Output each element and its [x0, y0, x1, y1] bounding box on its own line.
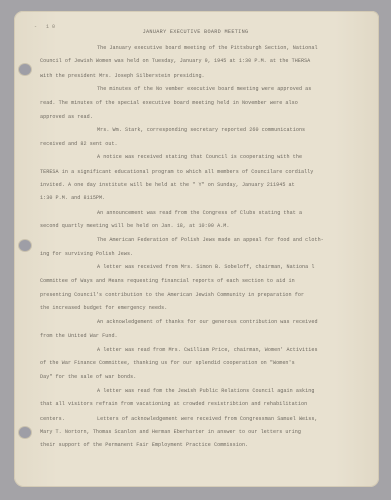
- text-line: centers.: [40, 416, 65, 422]
- text-line: Letters of acknowledgement were received…: [97, 416, 318, 422]
- text-line: approved as read.: [40, 114, 93, 120]
- text-line: The minutes of the No vember executive b…: [97, 86, 311, 92]
- text-line: An acknowledgement of thanks for our gen…: [97, 319, 318, 325]
- hole-punch-top: [19, 64, 31, 75]
- text-line: from the United War Fund.: [40, 333, 118, 339]
- text-line: that all visitors refrain from vacationi…: [40, 401, 307, 407]
- text-line: Day" for the sale of war bonds.: [40, 374, 136, 380]
- text-line: A letter was received from Mrs. Simon B.…: [97, 264, 314, 270]
- text-line: Mary T. Nortorn, Thomas Scanlon and Herm…: [40, 429, 301, 435]
- text-line: invited. A one day institute will be hel…: [40, 182, 295, 188]
- text-line: Council of Jewish Women was held on Tues…: [40, 58, 310, 64]
- text-line: The American Federation of Polish Jews m…: [97, 237, 324, 243]
- text-line: Mrs. Wm. Stark, corresponding secretary …: [97, 127, 305, 133]
- text-line: The January executive board meeting of t…: [97, 45, 318, 51]
- text-line: of the War Finance Committee, thanking u…: [40, 360, 295, 366]
- text-line: second quartly meeting will be held on J…: [40, 223, 230, 229]
- text-line: with the president Mrs. Joseph Silberste…: [40, 73, 205, 79]
- text-line: received and 82 sent out.: [40, 141, 118, 147]
- text-line: the increased budget for emergency needs…: [40, 305, 167, 311]
- text-line: their support of the Permanent Fair Empl…: [40, 442, 248, 448]
- text-line: Committee of Ways and Means requesting f…: [40, 278, 295, 284]
- hole-punch-middle: [19, 240, 31, 251]
- text-line: read. The minutes of the special executi…: [40, 100, 298, 106]
- text-line: presenting Council's contribution to the…: [40, 292, 304, 298]
- text-line: An announcement was read from the Congre…: [97, 210, 302, 216]
- text-line: A notice was received stating that Counc…: [97, 154, 302, 160]
- text-line: A letter was read fom the Jewish Public …: [97, 388, 314, 394]
- text-line: TERESA in a significant educational prog…: [40, 169, 313, 175]
- text-line: ing for surviving Polish Jews.: [40, 251, 133, 257]
- hole-punch-bottom: [19, 427, 31, 438]
- document-title: JANUARY EXECUTIVE BOARD MEETING: [0, 29, 391, 35]
- text-line: 1:30 P.M. and 8115PM.: [40, 195, 105, 201]
- text-line: A letter was read from Mrs. Cwilliam Pri…: [97, 347, 318, 353]
